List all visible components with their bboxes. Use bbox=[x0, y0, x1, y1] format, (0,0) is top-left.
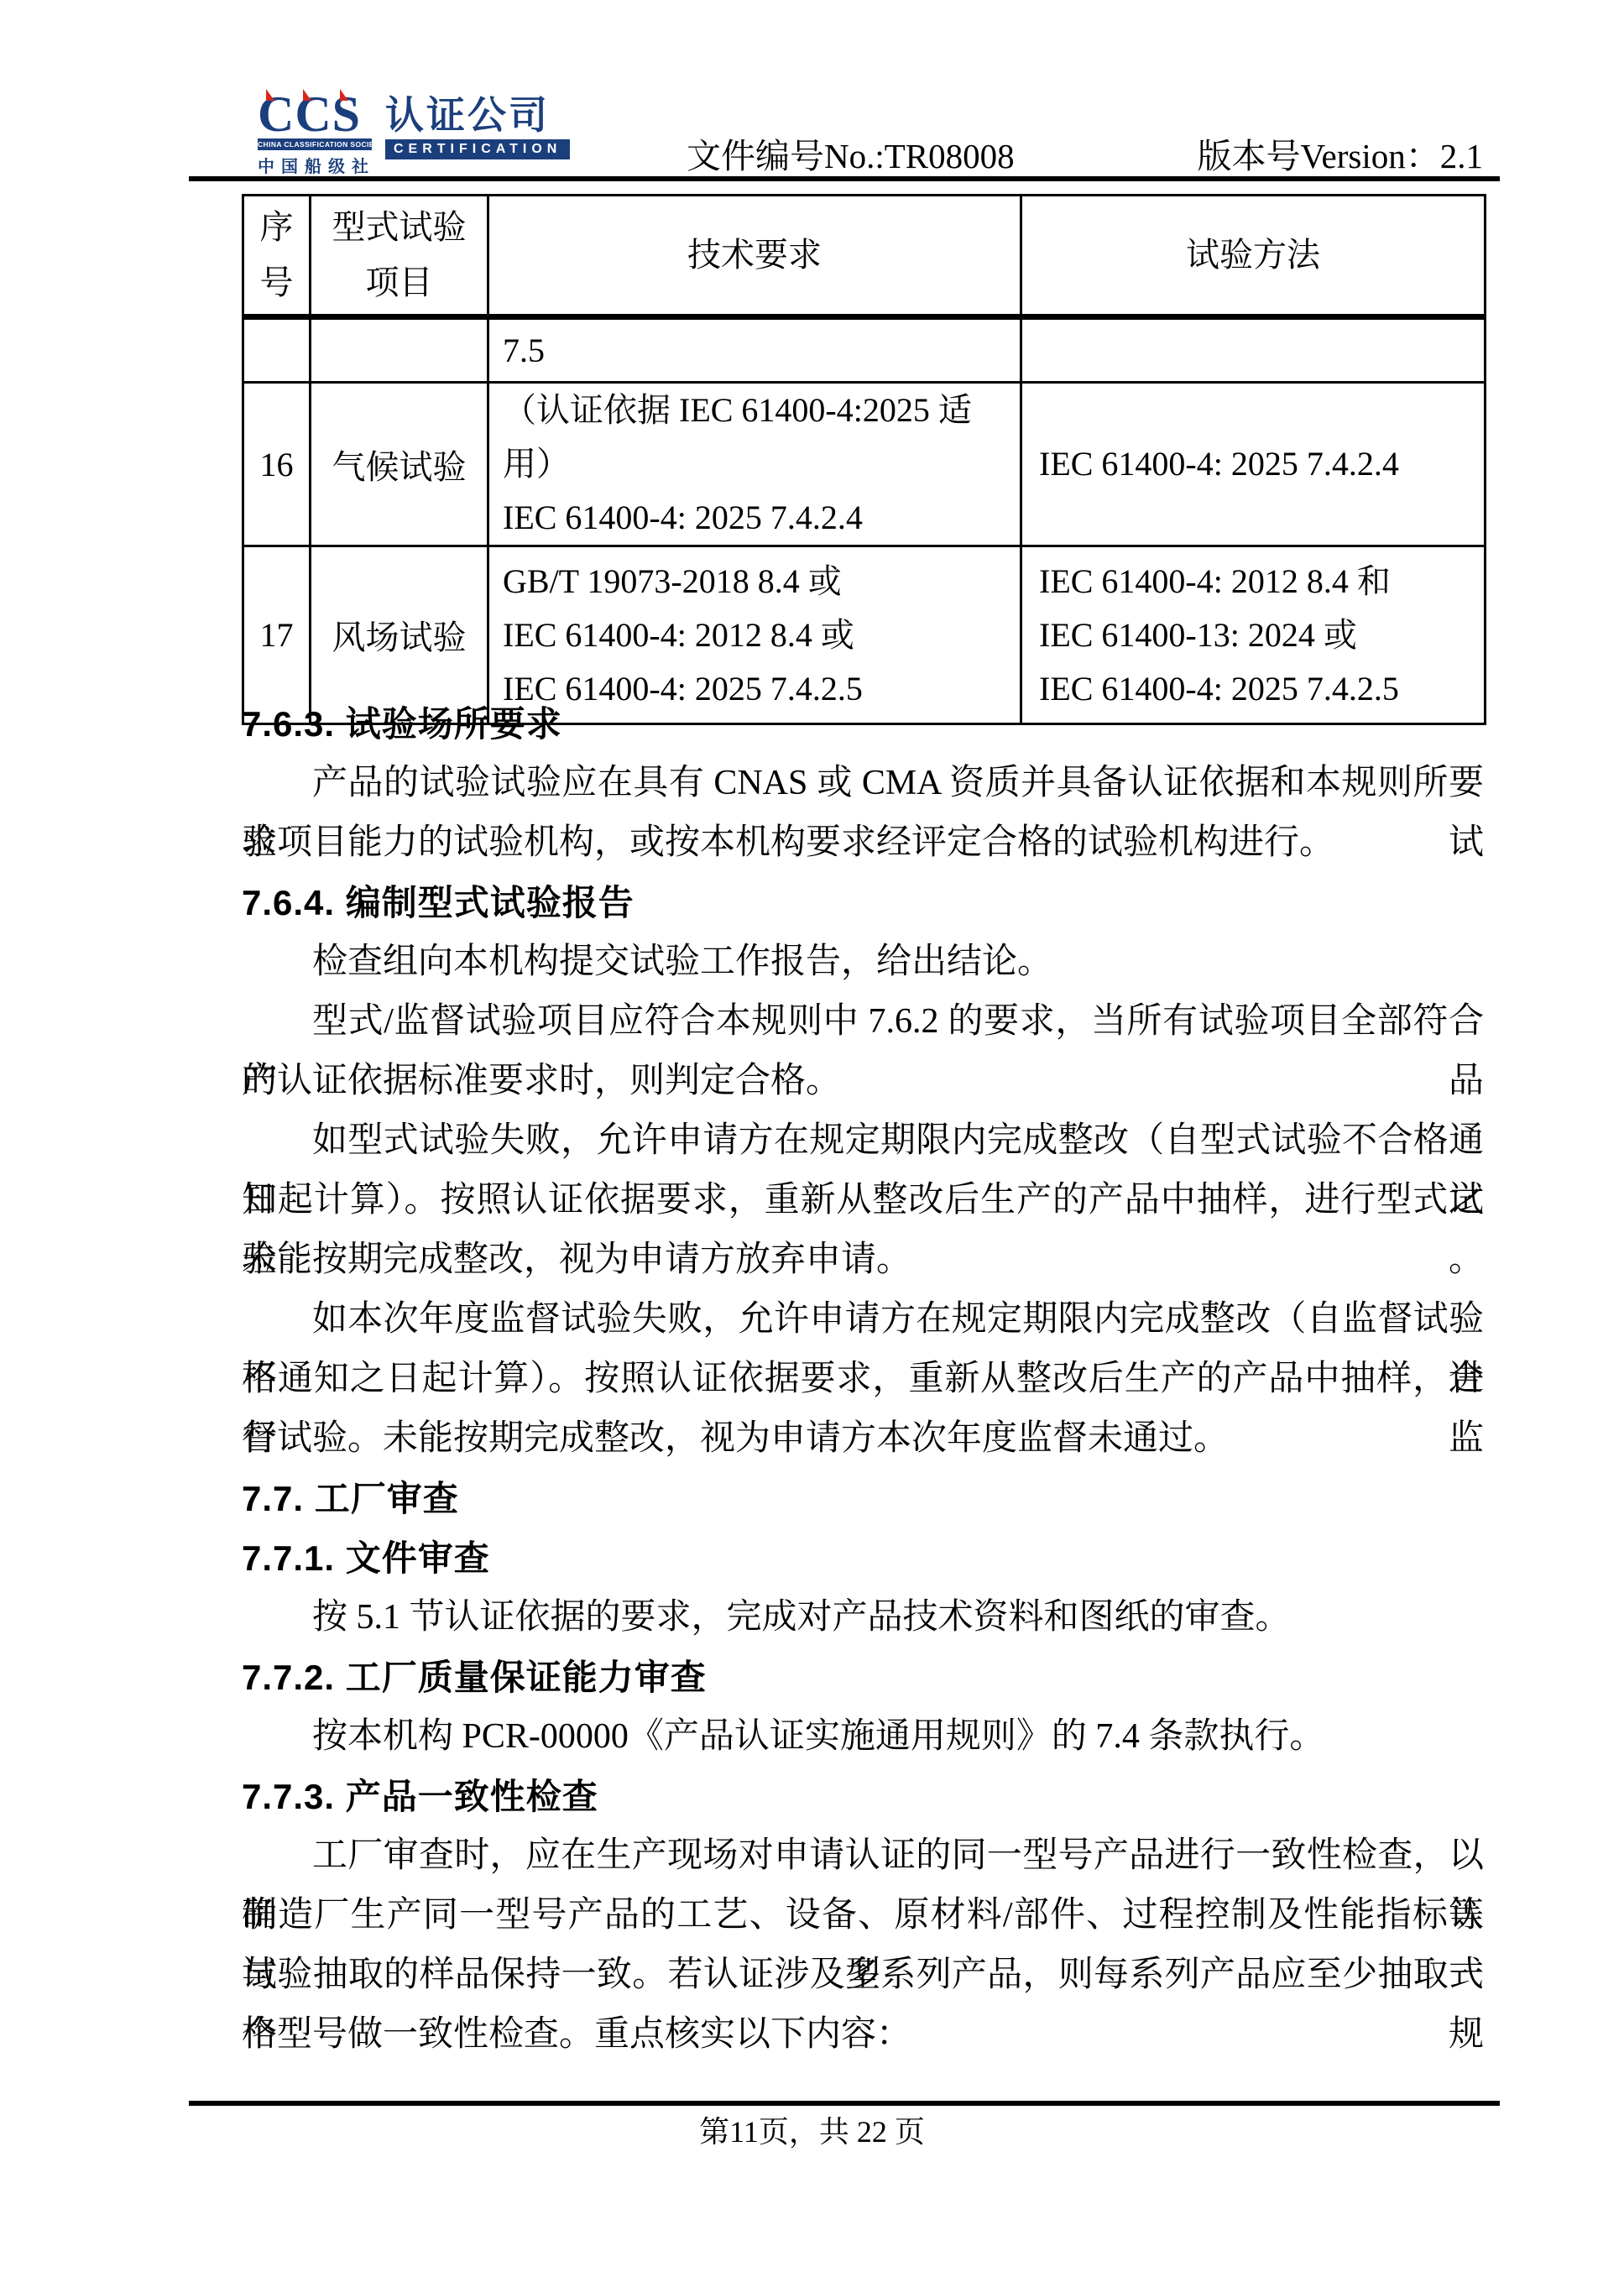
body-line: 产品的试验试验应在具有 CNAS 或 CMA 资质并具备认证依据和本规则所要求试 bbox=[242, 754, 1484, 813]
cell-item bbox=[311, 317, 488, 383]
tech-line: （认证依据 IEC 61400-4:2025 适用） bbox=[503, 384, 1020, 491]
method-line: IEC 61400-13: 2024 或 bbox=[1039, 608, 1484, 662]
ccs-wordmark: CCS bbox=[258, 94, 372, 134]
section-heading-7-6-4: 7.6.4. 编制型式试验报告 bbox=[242, 873, 1484, 932]
section-heading-7-7: 7.7. 工厂审查 bbox=[242, 1469, 1484, 1528]
ccs-flag-icon bbox=[303, 89, 311, 101]
body-line: 如型式试验失败，允许申请方在规定期限内完成整改（自型式试验不合格通知之 bbox=[242, 1111, 1484, 1171]
body-line: 检查组向本机构提交试验工作报告，给出结论。 bbox=[242, 932, 1484, 992]
method-line: IEC 61400-4: 2012 8.4 和 bbox=[1039, 555, 1484, 608]
version-number: 版本号Version：2.1 bbox=[1197, 128, 1483, 178]
tech-line: IEC 61400-4: 2025 7.4.2.4 bbox=[503, 491, 1020, 545]
ccs-logo-right: 认证公司 CERTIFICATION bbox=[385, 94, 570, 177]
section-heading-7-7-3: 7.7.3. 产品一致性检查 bbox=[242, 1767, 1484, 1826]
doc-number: 文件编号No.:TR08008 bbox=[687, 128, 1015, 178]
company-name: 认证公司 bbox=[385, 94, 570, 136]
body-line: 按本机构 PCR-00000《产品认证实施通用规则》的 7.4 条款执行。 bbox=[242, 1707, 1484, 1767]
cell-tech: 7.5 bbox=[488, 317, 1021, 383]
header-item-line1: 型式试验 bbox=[311, 200, 487, 255]
document-page: CCS CHINA CLASSIFICATION SOCIETY 中国船级社 认… bbox=[0, 0, 1624, 2277]
body-line: 如本次年度监督试验失败，允许申请方在规定期限内完成整改（自监督试验不合 bbox=[242, 1290, 1484, 1350]
body-line: 按 5.1 节认证依据的要求，完成对产品技术资料和图纸的审查。 bbox=[242, 1588, 1484, 1648]
body-line: 日起计算）。按照认证依据要求，重新从整改后生产的产品中抽样，进行型式试验。 bbox=[242, 1171, 1484, 1230]
body-line: 格通知之日起计算）。按照认证依据要求，重新从整改后生产的产品中抽样，进行监 bbox=[242, 1350, 1484, 1409]
ccs-flag-icon bbox=[340, 89, 348, 101]
body-line: 工厂审查时，应在生产现场对申请认证的同一型号产品进行一致性检查，以确认 bbox=[242, 1826, 1484, 1886]
cell-serial: 16 bbox=[243, 383, 311, 546]
header-cell-serial: 序 号 bbox=[243, 196, 311, 317]
body-line: 试验抽取的样品保持一致。若认证涉及多系列产品，则每系列产品应至少抽取一个规 bbox=[242, 1945, 1484, 2005]
ccs-flag-icon bbox=[266, 89, 274, 101]
cell-item: 气候试验 bbox=[311, 383, 488, 546]
document-body: 7.6.3. 试验场所要求 产品的试验试验应在具有 CNAS 或 CMA 资质并… bbox=[242, 694, 1484, 2065]
body-line: 制造厂生产同一型号产品的工艺、设备、原材料/部件、过程控制及性能指标等与型式 bbox=[242, 1886, 1484, 1945]
ccs-logo: CCS CHINA CLASSIFICATION SOCIETY 中国船级社 认… bbox=[258, 94, 570, 177]
cell-serial bbox=[243, 317, 311, 383]
page-number: 第11页，共 22 页 bbox=[0, 2108, 1624, 2151]
footer-rule bbox=[189, 2101, 1500, 2106]
body-line: 型式/监督试验项目应符合本规则中 7.6.2 的要求，当所有试验项目全部符合产品 bbox=[242, 992, 1484, 1052]
table-row: 7.5 bbox=[243, 317, 1486, 383]
section-heading-7-7-1: 7.7.1. 文件审查 bbox=[242, 1528, 1484, 1588]
ccs-logo-left: CCS CHINA CLASSIFICATION SOCIETY 中国船级社 bbox=[258, 94, 372, 177]
type-test-table: 序 号 型式试验 项目 技术要求 试验方法 7.5 16 气候试验 （认证依据 … bbox=[242, 194, 1486, 725]
china-classification-label: 中国船级社 bbox=[258, 153, 372, 177]
header-cell-method: 试验方法 bbox=[1021, 196, 1486, 317]
tech-line: IEC 61400-4: 2012 8.4 或 bbox=[503, 608, 1020, 662]
header-serial-line2: 号 bbox=[244, 255, 309, 311]
header-cell-item: 型式试验 项目 bbox=[311, 196, 488, 317]
header-serial-line1: 序 bbox=[244, 200, 309, 255]
header-rule bbox=[189, 176, 1500, 181]
certification-band: CERTIFICATION bbox=[385, 139, 570, 159]
cell-tech: （认证依据 IEC 61400-4:2025 适用） IEC 61400-4: … bbox=[488, 383, 1021, 546]
table-header-row: 序 号 型式试验 项目 技术要求 试验方法 bbox=[243, 196, 1486, 317]
tech-line: GB/T 19073-2018 8.4 或 bbox=[503, 555, 1020, 608]
header-item-line2: 项目 bbox=[311, 255, 487, 311]
body-line: 验项目能力的试验机构，或按本机构要求经评定合格的试验机构进行。 bbox=[242, 813, 1484, 873]
section-heading-7-6-3: 7.6.3. 试验场所要求 bbox=[242, 694, 1484, 754]
header-cell-tech: 技术要求 bbox=[488, 196, 1021, 317]
cell-method bbox=[1021, 317, 1486, 383]
cell-method: IEC 61400-4: 2025 7.4.2.4 bbox=[1021, 383, 1486, 546]
table-row: 16 气候试验 （认证依据 IEC 61400-4:2025 适用） IEC 6… bbox=[243, 383, 1486, 546]
section-heading-7-7-2: 7.7.2. 工厂质量保证能力审查 bbox=[242, 1648, 1484, 1707]
